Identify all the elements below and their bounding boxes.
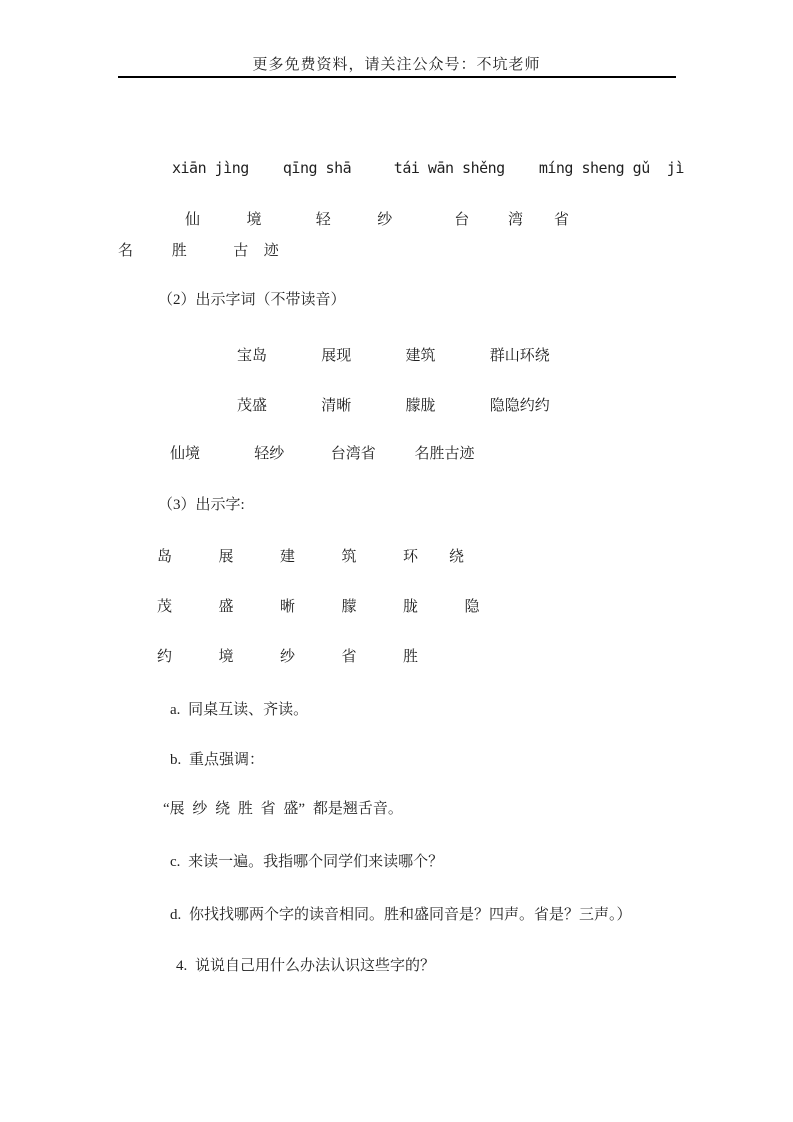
pinyin-line: xiān jìng qīng shā tái wān shěng míng sh… <box>172 158 684 178</box>
list-item-b: b. 重点强调： <box>170 750 264 770</box>
section-3-heading: （3）出示字: <box>158 495 245 515</box>
list-item-d: d. 你找找哪两个字的读音相同。胜和盛同音是？四声。省是？三声。） <box>170 905 632 925</box>
word-row-3: 仙境 轻纱 台湾省 名胜古迹 <box>170 444 475 464</box>
header-divider-rule <box>118 76 676 78</box>
char-row-2: 茂 盛 晰 朦 胧 隐 <box>157 597 480 617</box>
list-item-c: c. 来读一遍。我指哪个同学们来读哪个？ <box>170 852 443 872</box>
header-promo-text: 更多免费资料，请关注公众号：不坑老师 <box>0 53 793 74</box>
document-page: 更多免费资料，请关注公众号：不坑老师 xiān jìng qīng shā tá… <box>0 0 793 1122</box>
word-row-2: 茂盛 清晰 朦胧 隐隐约约 <box>237 396 550 416</box>
step-4-line: 4. 说说自己用什么办法认识这些字的？ <box>176 956 435 976</box>
emphasis-quote-line: “展 纱 绕 胜 省 盛” 都是翘舌音。 <box>163 799 403 819</box>
char-row-3: 约 境 纱 省 胜 <box>157 647 418 667</box>
section-2-heading: （2）出示字词（不带读音） <box>158 290 346 310</box>
hanzi-row-2: 名 胜 古 迹 <box>118 241 279 261</box>
list-item-a: a. 同桌互读、齐读。 <box>170 700 308 720</box>
hanzi-row-1: 仙 境 轻 纱 台 湾 省 <box>185 210 569 230</box>
char-row-1: 岛 展 建 筑 环 绕 <box>157 547 464 567</box>
word-row-1: 宝岛 展现 建筑 群山环绕 <box>237 346 550 366</box>
